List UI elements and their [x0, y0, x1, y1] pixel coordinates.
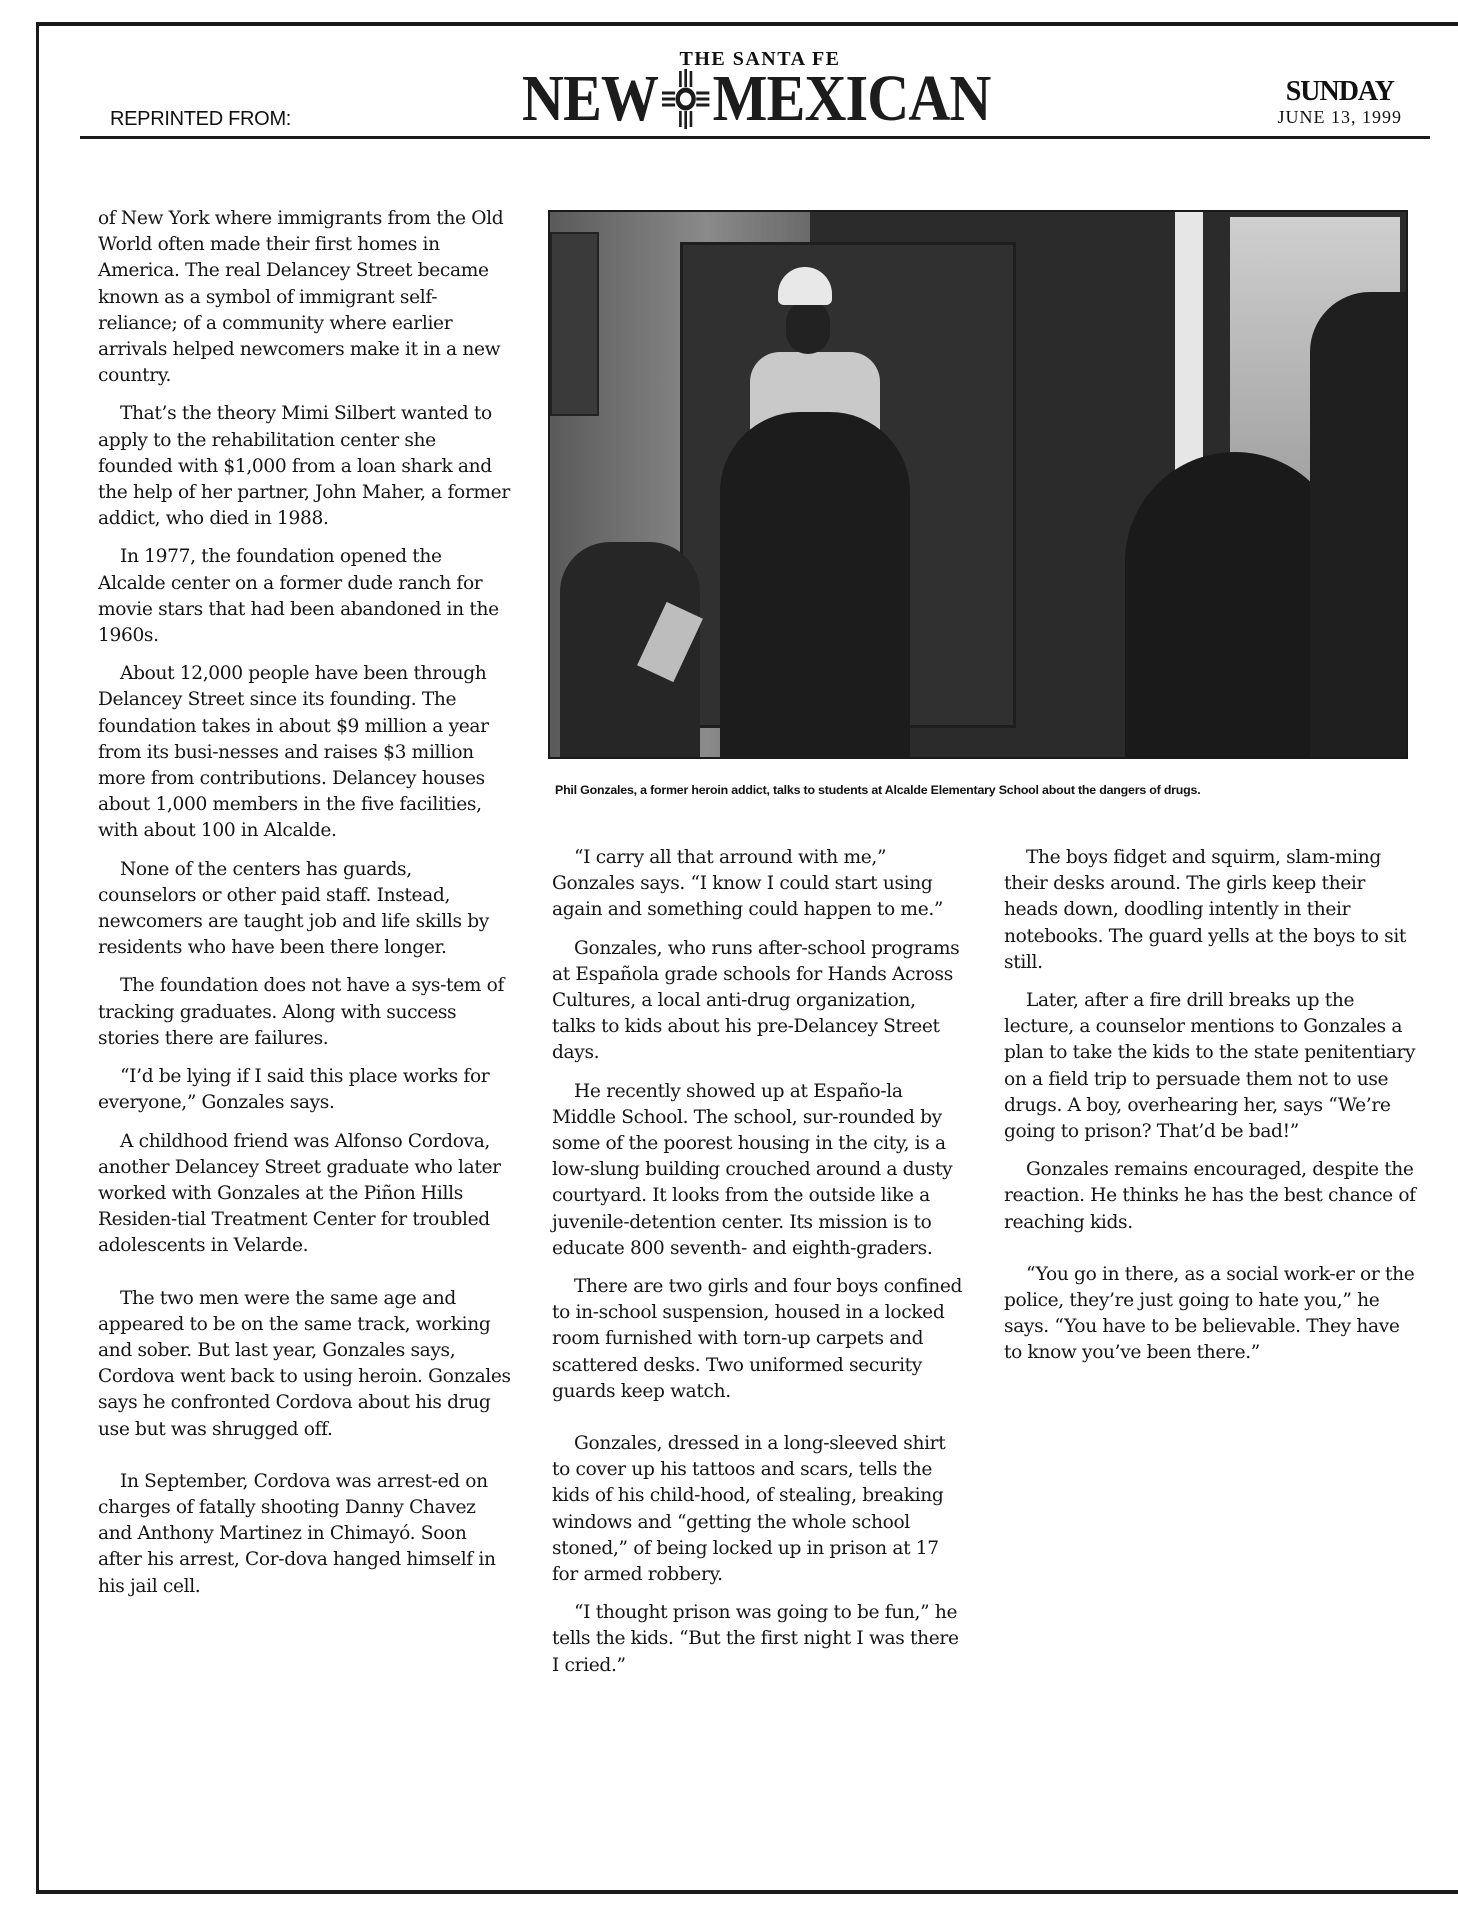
paragraph: “I thought prison was going to be fun,” …	[552, 1600, 964, 1679]
paragraph: “I’d be lying if I said this place works…	[98, 1064, 512, 1116]
issue-day: SUNDAY	[1278, 78, 1403, 106]
reprinted-from-label: REPRINTED FROM:	[110, 108, 291, 131]
paragraph: None of the centers has guards, counselo…	[98, 857, 512, 962]
issue-date: JUNE 13, 1999	[1278, 106, 1403, 128]
paragraph: The foundation does not have a sys-tem o…	[98, 973, 512, 1052]
paragraph: Gonzales, who runs after-school programs…	[552, 936, 964, 1067]
page-frame-top-rule	[36, 22, 1458, 26]
zia-sun-symbol-icon	[662, 69, 710, 129]
paragraph: The boys fidget and squirm, slam-ming th…	[1004, 845, 1416, 976]
page-frame-bottom-rule	[36, 1890, 1458, 1894]
article-photo	[548, 210, 1408, 759]
article-column-1: of New York where immigrants from the Ol…	[98, 206, 512, 1612]
publication-logo: NEW MEXICAN	[522, 66, 990, 132]
article-column-3: The boys fidget and squirm, slam-ming th…	[1004, 845, 1416, 1379]
paragraph: Gonzales remains encouraged, despite the…	[1004, 1157, 1416, 1236]
paragraph: The two men were the same age and appear…	[98, 1286, 512, 1443]
logo-text-right: MEXICAN	[713, 66, 991, 132]
paragraph: Gonzales, dressed in a long-sleeved shir…	[552, 1431, 964, 1588]
paragraph: In 1977, the foundation opened the Alcal…	[98, 544, 512, 649]
page-frame-left-rule	[36, 24, 39, 1892]
paragraph: A childhood friend was Alfonso Cordova, …	[98, 1129, 512, 1260]
paragraph: He recently showed up at Españo-la Middl…	[552, 1079, 964, 1262]
paragraph: In September, Cordova was arrest-ed on c…	[98, 1469, 512, 1600]
paragraph: “I carry all that arround with me,” Gonz…	[552, 845, 964, 924]
paragraph: There are two girls and four boys confin…	[552, 1274, 964, 1405]
paragraph: That’s the theory Mimi Silbert wanted to…	[98, 401, 512, 532]
paragraph: About 12,000 people have been through De…	[98, 661, 512, 844]
masthead-divider	[80, 136, 1430, 139]
logo-text-left: NEW	[522, 66, 658, 132]
issue-date-block: SUNDAY JUNE 13, 1999	[1278, 78, 1403, 128]
article-column-2: “I carry all that arround with me,” Gonz…	[552, 845, 964, 1691]
paragraph: Later, after a fire drill breaks up the …	[1004, 988, 1416, 1145]
photo-caption: Phil Gonzales, a former heroin addict, t…	[555, 783, 1415, 797]
paragraph: “You go in there, as a social work-er or…	[1004, 1262, 1416, 1367]
paragraph: of New York where immigrants from the Ol…	[98, 206, 512, 389]
